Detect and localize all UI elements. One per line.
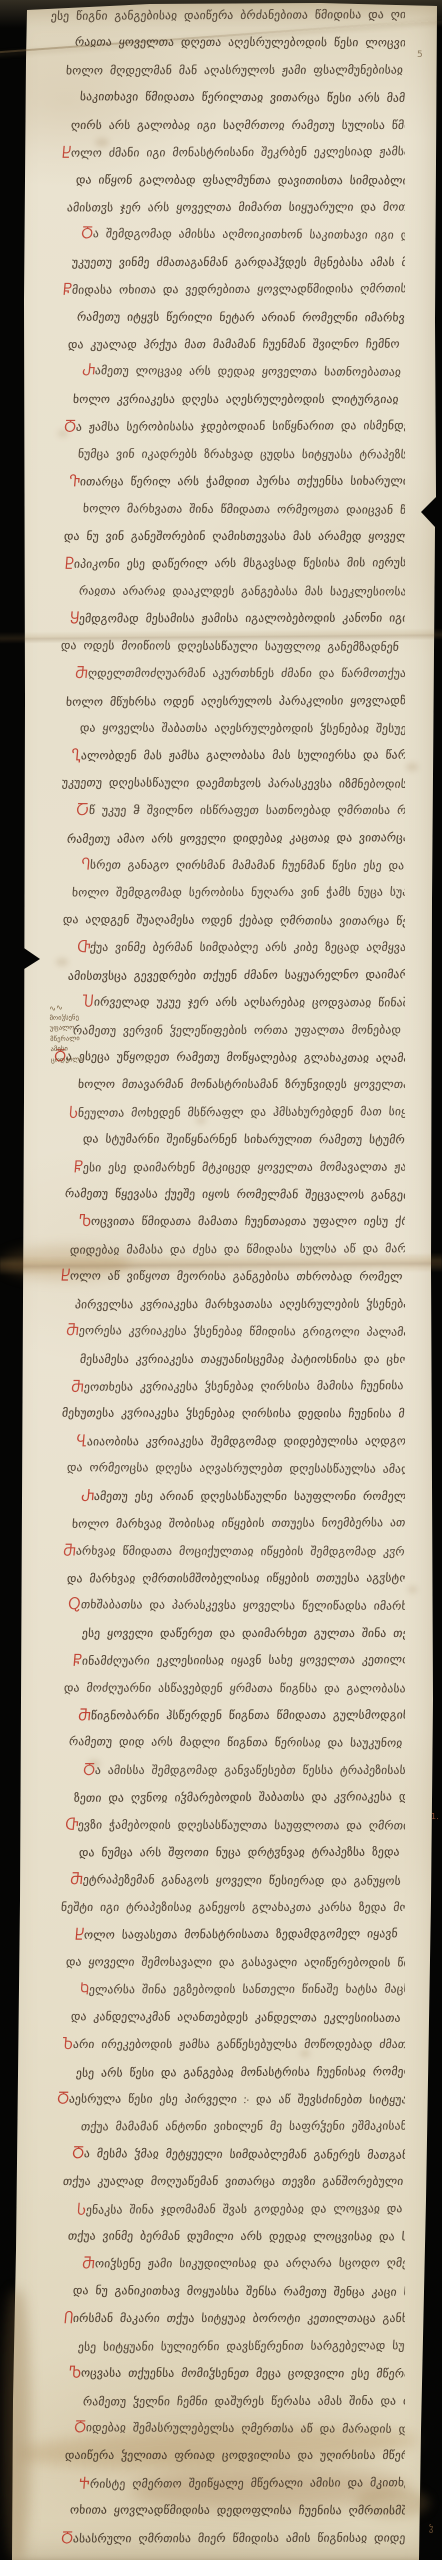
ink-text: ელარსა შინა ეგზებოდის სანთელი წინაშე ხატ… (88, 1978, 405, 2001)
ink-text: ოცვითა წმიდათა მამათა ჩუენთაჲთა უფალო იე… (90, 1210, 405, 1232)
manuscript-line: რამეთუ ვერვინ ჴელეწიფების ორთა უფალთა მო… (73, 1018, 405, 1043)
ink-text: ეოთხესა კჳრიაკესა ჴსენებაჲ ღირსისა მამის… (83, 1374, 405, 1398)
manuscript-line: და მოძღუარნი ასწავებდენ ყრმათა წიგნსა და… (64, 1676, 405, 1701)
ink-text: ითარცა წერილ არს ჭამდით პურსა თქუენსა სი… (79, 470, 405, 493)
ink-text: ირსმან მაკარი თქუა სიტყუაჲ ბოროტი კეთილთ… (72, 2307, 405, 2329)
ink-text: და აღდგენ შუაღამესა ოდენ ქებად ღმრთისა ვ… (63, 908, 405, 933)
ink-text: ესე ყოველი დაწერეთ და დაიმარხეთ გულთა ში… (82, 1622, 405, 1644)
marginal-note-lines: მოიჴსენეუფალომწერალიამისიცოდვილი (49, 1010, 115, 1065)
manuscript-line: ნუმცა ვინ იკადრებს ზრახვად ცუდსა სიტყუას… (78, 442, 405, 467)
manuscript-line: Ⴋეორესა კჳრიაკესა ჴსენებაჲ წმიდისა გრიგო… (66, 1319, 405, 1345)
ink-text: ევზი ჭამებოდის დღესასწაულთა საუფლოთა და … (77, 1813, 405, 1837)
ink-text: ოცვასა თქუენსა მომიჴსენეთ მეცა ცოდვილი ე… (80, 2362, 405, 2386)
ink-text: იდებაჲ შემასრულებელსა ღმერთსა აწ და მარა… (85, 2416, 405, 2441)
ink-text: აესრულა წესი ესე პირველი ჻ და აწ შევსძინ… (68, 2088, 405, 2112)
ink-text: ხოლო მარხვათა შინა წმიდათა ორმეოცთა დაიც… (83, 497, 405, 522)
ink-text: ირველად უკუე ჯერ არს აღსარებაჲ ცოდვათაჲ … (93, 991, 405, 1015)
ink-text: მიდასა ოხითა და ვედრებითა ყოვლადწმიდისა … (71, 277, 405, 301)
manuscript-line: ხოლო მარხვაჲ შობისაჲ იწყების თთუესა ნოემ… (72, 1511, 405, 1537)
manuscript-line: და კუალად ჰრქუა მათ მამამან ჩუენმან შვილ… (68, 333, 405, 358)
manuscript-line: რამეთუ ჴელნი ჩემნი დაშურეს წერასა ამას შ… (83, 2389, 405, 2414)
ink-text: დაიწერა ჴელითა ფრიად ცოდვილისა და უღირსი… (65, 2444, 405, 2466)
manuscript-line: ხოლო მღდელმან მან აღასრულოს ჟამი ფსალმუნ… (66, 58, 405, 83)
ink-text: ინამძღუარი ეკლესიისაჲ იყავნ სახე ყოველთა… (81, 1648, 405, 1672)
ink-text: ენაკსა შინა ჯდომამან შვას გოდებაჲ და ლოც… (85, 2197, 405, 2221)
manuscript-line: Ⴋეოთხესა კჳრიაკესა ჴსენებაჲ ღირსისა მამი… (71, 1374, 405, 1400)
manuscript-line: რამეთუ დიდ არს მადლი წიგნთა წერისაჲ და ს… (69, 1731, 405, 1757)
manuscript-line: Ⴑნეულთა მოხედენ მსწრაფლ და ჰმსახურებდენ … (69, 1100, 405, 1126)
ink-text: ზეთი და ღჳნოჲ იჴმარებოდის შაბათსა და კჳრ… (74, 1785, 405, 1809)
ink-text: ამისთჳსცა გევედრები თქუენ ძმანო საყუარელ… (68, 963, 405, 987)
manuscript-text: ესე წიგნი განგებისაჲ დაიწერა ბრძანებითა … (0, 0, 442, 2560)
manuscript-line: თქუა ვინმე ბერმან დუმილი არს დედაჲ ლოცვი… (68, 2225, 405, 2250)
manuscript-line: Ⴂალობდენ მას ჟამსა გალობასა მას სულიერსა… (71, 744, 405, 769)
manuscript-line: Ⴁაიაობისა კჳრიაკესა შემდგომად დიდებულისა… (76, 1429, 405, 1454)
manuscript-line: Ⴃაესრულა წესი ესე პირველი ჻ და აწ შევსძი… (57, 2087, 405, 2112)
manuscript-line: რაჲთა ყოველთა დღეთა აღესრულებოდის წესი ლ… (75, 31, 405, 56)
manuscript-line: რამეთუ წყევასა ქუეშე იყოს რომელმან შეცვა… (65, 1182, 405, 1208)
ink-text: სრეთ განაგო ღირსმან მამამან ჩუენმან წესი… (89, 854, 405, 878)
manuscript-line: Ⴃა მესმა ჴმაჲ მეტყუელი სიმდაბლემან განერ… (72, 2142, 405, 2168)
ink-text: ნუმცა ვინ იკადრებს ზრახვად ცუდსა სიტყუას… (78, 442, 405, 466)
ink-text: ა შემდგომად ამისსა აღმოიკითხონ საკითხავი… (92, 223, 405, 248)
manuscript-line: Ⴃა ამისსა შემდგომად განვაწესებთ წესსა ტრ… (83, 1759, 405, 1783)
ink-text: ა ესეცა უწყოდეთ რამეთუ მოწყალებაჲ გლახაკ… (65, 1045, 405, 1070)
manuscript-line: Ⴊოცვასა თქუენსა მომიჴსენეთ მეცა ცოდვილი … (69, 2362, 405, 2387)
manuscript-line: რამეთუ ამაო არს ყოველი დიდებაჲ კაცთაჲ და… (67, 826, 405, 852)
ink-text: და ყოველსა შაბათსა აღესრულებოდის ჴსენება… (80, 717, 405, 741)
ink-text: და კუალად ჰრქუა მათ მამამან ჩუენმან შვილ… (68, 333, 405, 356)
ink-text: რაჲთა ყოველთა დღეთა აღესრულებოდის წესი ლ… (75, 31, 405, 55)
ink-text: აიაობისა კჳრიაკესა შემდგომად დიდებულისა … (86, 1429, 405, 1452)
manuscript-line: Ⴋწიგნობარნი ჰსწერდენ წიგნთა წმიდათა გულს… (78, 1704, 405, 1729)
manuscript-line: Ⴜინამძღუარი ეკლესიისაჲ იყავნ სახე ყოველთ… (73, 1648, 405, 1674)
ink-text: ოიჴსენე ჟამი სიკუდილისაჲ და არღარა სცოდო… (94, 2252, 405, 2275)
ink-text: ღდელთმოძღუარმან აკურთხნეს ძმანი და წარმო… (87, 662, 405, 684)
manuscript-line: და კანდელაკმან აღანთებდეს კანდელთა ეკლეს… (71, 2005, 405, 2031)
manuscript-line: დაიწერა ჴელითა ფრიად ცოდვილისა და უღირსი… (65, 2444, 405, 2468)
manuscript-line: Ⴞოლო საფასეთა მონასტრისათა ზედამდგომელ ი… (75, 1923, 405, 1949)
ink-text: წ უკუე ჵ შვილნო ისწრაფეთ სათნოებად ღმრთი… (88, 799, 405, 821)
manuscript-line: და აღდგენ შუაღამესა ოდენ ქებად ღმრთისა ვ… (63, 908, 405, 934)
ink-text: ეორესა კჳრიაკესა ჴსენებაჲ წმიდისა გრიგოლ… (78, 1319, 405, 1344)
manuscript-line: მეხუთესა კჳრიაკესა ჴსენებაჲ ღირსისა დედი… (62, 1402, 405, 1427)
ink-text: ესე სიტყუანი სულიერნი დავსწერენით სარგებ… (78, 2334, 405, 2358)
ink-text: თხშაბათსა და პარასკევსა ყოველსა წელიწადს… (80, 1594, 405, 1619)
manuscript-line: Ⴋოიჴსენე ჟამი სიკუდილისაჲ და არღარა სცოდ… (82, 2252, 405, 2277)
manuscript-line: Ⴊოცვითა წმიდათა მამათა ჩუენთაჲთა უფალო ი… (79, 1210, 405, 1234)
manuscript-line: და ნუ ვინ განეშორებინ ღამისთევასა მას არ… (64, 525, 405, 549)
manuscript-line: Ⴐამეთუ ესე არიან დღესასწაულნი საუფლონი რ… (81, 1485, 405, 1509)
manuscript-line: ესე ყოველი დაწერეთ და დაიმარხეთ გულთა ში… (82, 1622, 405, 1646)
ink-text: და იწყონ გალობად ფსალმუნთა დავითისთა სიმ… (76, 168, 405, 191)
ink-text: ამეთუ ესე არიან დღესასწაულნი საუფლონი რო… (93, 1485, 405, 1507)
ink-text: ასასრული ღმრთისა მიერ წმიდისა ამის წიგნი… (72, 2526, 405, 2549)
ink-text: წიგნობარნი ჰსწერდენ წიგნთა წმიდათა გულსმ… (90, 1704, 405, 1727)
manuscript-line: ხოლო მწუხრსა ოდენ აღესრულოს პარაკლისი ყო… (66, 689, 405, 715)
ink-text: ნეშტი იგი ტრაპეზისაჲ განეყოს გლახაკთა კა… (61, 1896, 405, 1918)
ink-text: და ორმეოცსა დღესა აღვასრულებთ დღესასწაულ… (67, 1456, 405, 1481)
ink-text: ხოლო შემდგომად სერობისა ნუღარა ვინ ჭამს … (72, 881, 405, 904)
ink-text: ესე არს წესი და განგებაჲ მონასტრისა ჩუენ… (76, 2060, 405, 2084)
ink-text: მესამესა კჳრიაკესა თაყუანისცემაჲ პატიოსნ… (80, 1348, 405, 1370)
ink-text: ხოლო კჳრიაკესა დღესა აღესრულებოდის ლიტურ… (73, 388, 405, 410)
manuscript-line: ხოლო შემდგომად სერობისა ნუღარა ვინ ჭამს … (72, 881, 405, 906)
manuscript-line: ნეშტი იგი ტრაპეზისაჲ განეყოს გლახაკთა კა… (61, 1896, 405, 1920)
manuscript-line: თქუა მამამან ანტონი ვიხილენ მე საფრჴენი … (81, 2115, 405, 2140)
manuscript-line: Ⴞოლო ძმანი იგი მონასტრისანი შეკრბენ ეკლე… (62, 140, 405, 166)
ink-text: დიდებაჲ მამასა და ძესა და წმიდასა სულსა … (70, 1237, 405, 1261)
ink-text: და კანდელაკმან აღანთებდეს კანდელთა ეკლეს… (71, 2005, 405, 2030)
ink-text: თქუა კუალად მოღუაწემან ვითარცა თევზი გან… (63, 2170, 405, 2192)
ink-text: ოლო ძმანი იგი მონასტრისანი შეკრბენ ეკლეს… (70, 140, 405, 164)
manuscript-line: Ⴞოლო აწ ვიწყოთ მეორისა განგებისა თხრობად… (61, 1265, 405, 1290)
manuscript-line: და ორმეოცსა დღესა აღვასრულებთ დღესასწაულ… (67, 1456, 405, 1482)
manuscript-line: ზეთი და ღჳნოჲ იჴმარებოდის შაბათსა და კჳრ… (74, 1785, 405, 1811)
ink-text: რამეთუ წყევასა ქუეშე იყოს რომელმან შეცვა… (65, 1182, 405, 1207)
manuscript-line: ესე წიგნი განგებისაჲ დაიწერა ბრძანებითა … (51, 3, 405, 29)
ink-text: რაჲთა არარაჲ დააკლდეს განგებასა მას საეკ… (79, 579, 405, 603)
manuscript-line: Ⴒიპიკონი ესე დაწერილ არს მსგავსად წესისა… (65, 552, 405, 578)
ink-text: ამეთუ ლოცვაჲ არს დედაჲ ყოველთა სათნოებათ… (94, 360, 405, 385)
ink-text: თქუა მამამან ანტონი ვიხილენ მე საფრჴენი … (81, 2115, 405, 2138)
manuscript-line: Ⴜმიდასა ოხითა და ვედრებითა ყოვლადწმიდისა… (63, 277, 405, 303)
ink-text: და ნუმცა არს შფოთი ნუცა დრტჳნვაჲ ტრაპეზს… (79, 1841, 405, 1864)
manuscript-line: და იწყონ გალობად ფსალმუნთა დავითისთა სიმ… (76, 168, 405, 193)
manuscript-line: რაჲთა არარაჲ დააკლდეს განგებასა მას საეკ… (79, 579, 405, 604)
manuscript-line: Ⴋეტრაპეზემან განაგოს ყოველი წესიერად და … (70, 1868, 405, 1894)
ink-text: და ნუ განიკითხავ მოყუასსა შენსა რამეთუ შ… (73, 2279, 405, 2304)
manuscript-line: მესამესა კჳრიაკესა თაყუანისცემაჲ პატიოსნ… (80, 1348, 405, 1372)
manuscript-line: Ⴘემდგომად მესამისა ჟამისა იგალობებოდის კ… (70, 607, 405, 632)
manuscript-line: ხოლო კჳრიაკესა დღესა აღესრულებოდის ლიტურ… (73, 388, 405, 412)
folio-number: 5 (417, 50, 423, 60)
manuscript-line: რამეთუ იტყჳს წერილი ნეტარ არიან რომელნი … (77, 305, 405, 330)
ink-text: და ყოველი შემოსავალი და გასავალი აღიწერე… (66, 1950, 405, 1974)
ink-text: მეხუთესა კჳრიაკესა ჴსენებაჲ ღირსისა დედი… (62, 1402, 405, 1426)
ink-text: რისტე ღმერთო შეიწყალე მწერალი ამისი და მ… (89, 2471, 405, 2495)
ink-text: ხოლო მარხვაჲ შობისაჲ იწყების თთუესა ნოემ… (72, 1511, 405, 1535)
manuscript-line: Ⴆარი ირეკებოდის ჟამსა განწესებულსა მოწოდ… (62, 2033, 405, 2057)
manuscript-line: ესე არს წესი და განგებაჲ მონასტრისა ჩუენ… (76, 2060, 405, 2086)
manuscript-line: ამისთჳსცა გევედრები თქუენ ძმანო საყუარელ… (68, 963, 405, 989)
manuscript-line: Ⴅითარცა წერილ არს ჭამდით პურსა თქუენსა ს… (69, 470, 405, 495)
manuscript-line: Ⴑენაკსა შინა ჯდომამან შვას გოდებაჲ და ლო… (77, 2197, 405, 2223)
ink-text: ოლო აწ ვიწყოთ მეორისა განგებისა თხრობად … (69, 1265, 405, 1289)
manuscript-line: და მარხვაჲ ღმრთისმშობელისაჲ იწყების თთუე… (67, 1567, 405, 1592)
ink-text: პირველსა კჳრიაკესა მარხვათასა აღესრულები… (75, 1292, 405, 1315)
manuscript-line: Ⴃა შემდგომად ამისსა აღმოიკითხონ საკითხავ… (81, 223, 405, 249)
ink-text: არხვაჲ წმიდათა მოციქულთაჲ იწყების შემდგო… (75, 1539, 405, 1563)
manuscript-line: დიდებაჲ მამასა და ძესა და წმიდასა სულსა … (70, 1237, 405, 1263)
ink-text: უკუეთუ ვინმე ძმათაგანმან გარდაჰჴდეს მცნე… (72, 251, 405, 273)
ink-text: რამეთუ იტყჳს წერილი ნეტარ არიან რომელნი … (77, 305, 405, 329)
ink-text: ა ამისსა შემდგომად განვაწესებთ წესსა ტრა… (94, 1759, 405, 1781)
manuscript-line: და სტუმარნი შეიწყნარნენ სიხარულით რამეთუ… (83, 1128, 405, 1153)
manuscript-line: Ⴖირსმან მაკარი თქუა სიტყუაჲ ბოროტი კეთილ… (64, 2307, 405, 2331)
ink-text: და მარხვაჲ ღმრთისმშობელისაჲ იწყების თთუე… (67, 1567, 405, 1590)
manuscript-line: Ⴍთხშაბათსა და პარასკევსა ყოველსა წელიწად… (68, 1594, 405, 1620)
manuscript-line: და ყოველი შემოსავალი და გასავალი აღიწერე… (66, 1950, 405, 1975)
manuscript-line: Ⴃიდებაჲ შემასრულებელსა ღმერთსა აწ და მარ… (74, 2416, 405, 2442)
ink-text: ემდგომად მესამისა ჟამისა იგალობებოდის კა… (78, 607, 405, 630)
ink-text: ხოლო მღდელმან მან აღასრულოს ჟამი ფსალმუნ… (66, 58, 405, 81)
manuscript-line: Ⴜესი ესე დაიმარხენ მტკიცედ ყოველთა მომავ… (74, 1155, 405, 1180)
manuscript-line: Ⴇევზი ჭამებოდის დღესასწაულთა საუფლოთა და… (65, 1813, 405, 1838)
ink-text: ქუა ვინმე ბერმან სიმდაბლე არს კიბე ზეცად… (90, 936, 405, 958)
ink-text: რამეთუ ჴელნი ჩემნი დაშურეს წერასა ამას შ… (83, 2389, 405, 2412)
manuscript-line: და ყოველსა შაბათსა აღესრულებოდის ჴსენება… (80, 717, 405, 742)
manuscript-line: და ნუმცა არს შფოთი ნუცა დრტჳნვაჲ ტრაპეზს… (79, 1841, 405, 1866)
ink-text: და მოძღუარნი ასწავებდენ ყრმათა წიგნსა და… (64, 1676, 405, 1700)
ink-text: ოლო საფასეთა მონასტრისათა ზედამდგომელ იყ… (83, 1923, 405, 1947)
ink-text: ეტრაპეზემან განაგოს ყოველი წესიერად და გ… (82, 1868, 405, 1893)
manuscript-photo: ესე წიგნი განგებისაჲ დაიწერა ბრძანებითა … (0, 0, 442, 2560)
marginal-note: ∿∿ მოიჴსენეუფალომწერალიამისიცოდვილი (49, 999, 115, 1065)
manuscript-line: Ⴃასასრული ღმრთისა მიერ წმიდისა ამის წიგნ… (61, 2526, 405, 2551)
ink-text: საკითხავი წმიდათა წერილთაჲ ვითარცა წესი … (80, 85, 405, 109)
ink-text: და ოდეს მოიწიოს დღესასწაული საუფლოჲ განე… (61, 634, 405, 659)
manuscript-line: ესე სიტყუანი სულიერნი დავსწერენით სარგებ… (78, 2334, 405, 2360)
ink-text: ესი ესე დაიმარხენ მტკიცედ ყოველთა მომავა… (82, 1155, 405, 1178)
manuscript-line: Ⴋღდელთმოძღუარმან აკურთხნეს ძმანი და წარმ… (75, 662, 405, 686)
manuscript-line: Ⴎირველად უკუე ჯერ არს აღსარებაჲ ცოდვათაჲ… (82, 991, 405, 1016)
manuscript-line: ამისთჳს ჯერ არს ყოველთა მიმართ სიყუარული… (67, 196, 405, 221)
manuscript-line: Ⴕრისტე ღმერთო შეიწყალე მწერალი ამისი და … (79, 2471, 405, 2497)
manuscript-line: უკუეთუ დღესასწაული დაემთხჳოს პარასკევსა … (62, 771, 405, 797)
manuscript-line: თქუა კუალად მოღუაწემან ვითარცა თევზი გან… (63, 2170, 405, 2194)
ink-text: ღირს არს გალობაჲ იგი საღმრთოჲ რამეთუ სულ… (71, 114, 405, 136)
manuscript-line: და ოდეს მოიწიოს დღესასწაული საუფლოჲ განე… (61, 634, 405, 660)
ink-text: რამეთუ ამაო არს ყოველი დიდებაჲ კაცთაჲ და… (67, 826, 405, 850)
ink-text: ხოლო მთავარმან მონასტრისამან ზრუნვიდეს ყ… (78, 1073, 405, 1095)
margin-mark: ჴ (429, 2524, 433, 2533)
ink-text: რამეთუ დიდ არს მადლი წიგნთა წერისაჲ და ს… (69, 1731, 405, 1756)
ink-text: თქუა ვინმე ბერმან დუმილი არს დედაჲ ლოცვი… (68, 2225, 405, 2249)
manuscript-line: Ⴇქუა ვინმე ბერმან სიმდაბლე არს კიბე ზეცა… (77, 936, 405, 960)
ink-text: და ნუ ვინ განეშორებინ ღამისთევასა მას არ… (64, 525, 405, 547)
manuscript-line: Ⴀწ უკუე ჵ შვილნო ისწრაფეთ სათნოებად ღმრთ… (76, 799, 405, 823)
ink-text: ხოლო მწუხრსა ოდენ აღესრულოს პარაკლისი ყო… (66, 689, 405, 713)
marginal-note-line: ცოდვილი (51, 1052, 115, 1065)
ink-text: რამეთუ ვერვინ ჴელეწიფების ორთა უფალთა მო… (73, 1018, 405, 1041)
manuscript-line: Ⴉელარსა შინა ეგზებოდის სანთელი წინაშე ხა… (80, 1978, 405, 2003)
ink-text: ოხითა ყოვლადწმიდისა დედოფლისა ჩუენისა ღმ… (70, 2499, 405, 2523)
manuscript-line: ღირს არს გალობაჲ იგი საღმრთოჲ რამეთუ სულ… (71, 114, 405, 138)
margin-mark: 1. (431, 1812, 439, 1821)
ink-text: ნეულთა მოხედენ მსწრაფლ და ჰმსახურებდენ მ… (77, 1100, 405, 1124)
manuscript-line: Ⴄსრეთ განაგო ღირსმან მამამან ჩუენმან წეს… (81, 854, 405, 879)
ink-text: ა მესმა ჴმაჲ მეტყუელი სიმდაბლემან განერე… (83, 2142, 405, 2167)
manuscript-line: უკუეთუ ვინმე ძმათაგანმან გარდაჰჴდეს მცნე… (72, 251, 405, 275)
manuscript-line: პირველსა კჳრიაკესა მარხვათასა აღესრულები… (75, 1292, 405, 1317)
manuscript-line: და ნუ განიკითხავ მოყუასსა შენსა რამეთუ შ… (73, 2279, 405, 2305)
manuscript-line: Ⴐამეთუ ლოცვაჲ არს დედაჲ ყოველთა სათნოება… (82, 360, 405, 386)
manuscript-line: ოხითა ყოვლადწმიდისა დედოფლისა ჩუენისა ღმ… (70, 2499, 405, 2524)
ink-text: იპიკონი ესე დაწერილ არს მსგავსად წესისა … (73, 552, 405, 576)
ink-text: უკუეთუ დღესასწაული დაემთხჳოს პარასკევსა … (62, 771, 405, 796)
ink-text: არი ირეკებოდის ჟამსა განწესებულსა მოწოდე… (72, 2033, 405, 2055)
ink-text: ა ჟამსა სერობისასა ჯდებოდიან სიწყნარით დ… (75, 414, 405, 438)
ink-text: ალობდენ მას ჟამსა გალობასა მას სულიერსა … (80, 744, 405, 767)
manuscript-line: Ⴃა ჟამსა სერობისასა ჯდებოდიან სიწყნარით … (64, 414, 405, 440)
ink-text: ესე წიგნი განგებისაჲ დაიწერა ბრძანებითა … (51, 3, 405, 27)
ink-text: და სტუმარნი შეიწყნარნენ სიხარულით რამეთუ… (83, 1128, 405, 1152)
ink-text: ამისთჳს ჯერ არს ყოველთა მიმართ სიყუარული… (67, 196, 405, 219)
manuscript-line: ხოლო მარხვათა შინა წმიდათა ორმეოცთა დაიც… (83, 497, 405, 523)
manuscript-line: საკითხავი წმიდათა წერილთაჲ ვითარცა წესი … (80, 85, 405, 111)
manuscript-line: Ⴋარხვაჲ წმიდათა მოციქულთაჲ იწყების შემდგ… (63, 1539, 405, 1564)
manuscript-line: ხოლო მთავარმან მონასტრისამან ზრუნვიდეს ყ… (78, 1073, 405, 1097)
